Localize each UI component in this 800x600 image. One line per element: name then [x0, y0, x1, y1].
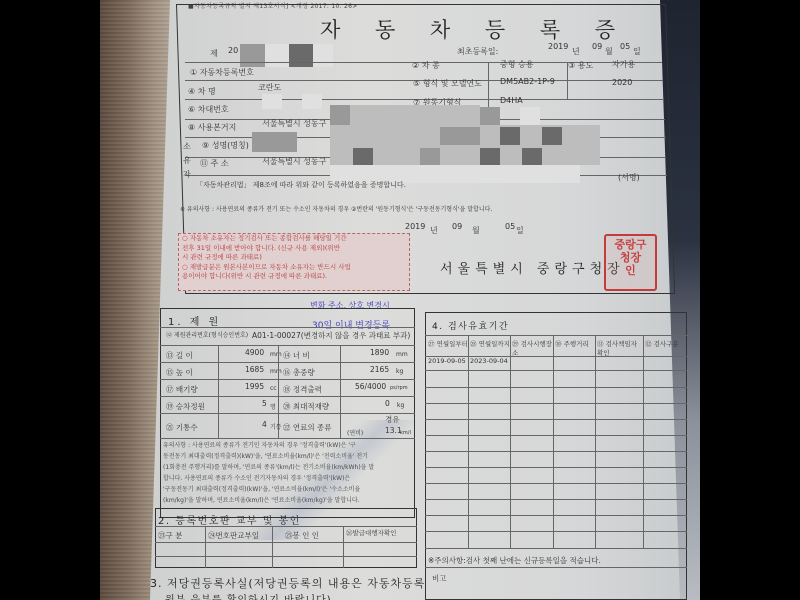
divider: [595, 335, 596, 548]
divider: [160, 362, 415, 363]
reg-number-label: 제: [210, 48, 218, 59]
inspection-col-place: ㉙ 검사시행장소: [512, 339, 552, 357]
red-notice-line: ○ 자동차 소유자는 정기검사 또는 종합검사를 해당일 기간: [179, 234, 409, 244]
rated-power-unit: ps/rpm: [390, 385, 408, 391]
inspection-from-date: 2019-09-05: [428, 357, 466, 365]
base-location-value: 서울특별시 성동구: [262, 118, 326, 129]
displacement-label: ⑰ 배기량: [166, 384, 198, 395]
engine-value: D4HA: [500, 96, 523, 105]
usage-value: 자가용: [612, 59, 635, 70]
red-notice-line: ○ 재발급분은 원본사본이므로 자동차 소유자는 반드시 사업: [179, 263, 409, 273]
red-notice-box: ○ 자동차 소유자는 정기검사 또는 종합검사를 해당일 기간 전후 31일 이…: [178, 233, 410, 291]
divider: [425, 435, 687, 436]
vehicle-type-value: 중형 승용: [500, 59, 533, 70]
height-value: 1685: [245, 365, 264, 374]
redacted-block: [500, 127, 520, 147]
divider: [425, 531, 687, 532]
height-unit: mm: [270, 368, 282, 375]
gross-weight-value: 2165: [370, 365, 389, 374]
redacted-block: [265, 44, 289, 67]
divider: [160, 396, 415, 397]
redacted-block: [313, 44, 333, 67]
first-reg-month: 09: [592, 42, 602, 51]
issuer-signature: 서울특별시 중랑구청장: [440, 258, 625, 277]
length-value: 4900: [245, 348, 264, 357]
right-letterbox: [700, 0, 800, 600]
section3-subtitle: 원부 을부를 확인하시기 바랍니다): [165, 591, 332, 600]
length-unit: mm: [270, 351, 282, 358]
redacted-block: [252, 132, 297, 152]
day-unit: 일: [633, 46, 641, 57]
divider: [155, 556, 417, 557]
owner-name-label: ⑨ 성명(명칭): [202, 140, 249, 151]
max-load-unit: kg: [397, 402, 404, 409]
red-notice-line: 전후 31일 이내에 받아야 합니다. (신규 사용 제외)(위반: [179, 244, 409, 254]
divider: [205, 526, 206, 568]
divider: [468, 335, 469, 548]
divider: [160, 345, 415, 346]
seating-label: ⑲ 승차정원: [166, 401, 205, 412]
inspection-col-to: ㉘ 연월일까지: [470, 339, 510, 348]
divider: [510, 335, 511, 548]
redacted-block: [520, 107, 540, 127]
spec-no-label: ⑫ 제원관리번호(형식승인번호): [166, 330, 248, 339]
base-location-label: ⑧ 사용본거지: [188, 122, 236, 133]
width-unit: mm: [396, 351, 408, 358]
inspection-col-type: ㉜ 검사구분: [645, 339, 685, 348]
section1-title: 1. 제 원: [168, 313, 221, 328]
divider: [425, 370, 687, 371]
width-value: 1890: [370, 348, 389, 357]
redacted-block: [302, 94, 322, 109]
first-reg-year: 2019: [548, 42, 568, 51]
red-notice-line: 용이어야 합니다(위반 시 관련 규정에 따른 과태료).: [179, 272, 409, 282]
seal-text: 중랑구: [606, 238, 655, 251]
divider: [160, 413, 415, 414]
divider: [155, 542, 417, 543]
usage-label: ③ 용도: [568, 60, 593, 71]
day-unit: 일: [516, 225, 524, 236]
document-title: 자 동 차 등 록 증: [320, 14, 629, 44]
first-reg-label: 최초등록일:: [457, 46, 498, 57]
inspection-col-inspector: ㉛ 검사책임자확인: [597, 339, 642, 357]
model-year-value: 2020: [612, 78, 632, 87]
diagonal-shadow: [240, 420, 420, 540]
vin-label: ⑥ 차대번호: [188, 104, 229, 115]
divider: [425, 467, 687, 468]
owner-label: 소유자: [183, 140, 193, 182]
gross-weight-unit: kg: [396, 368, 403, 375]
divider: [425, 515, 687, 516]
max-load-value: 0: [385, 399, 390, 408]
model-label: ④ 차 명: [188, 86, 216, 97]
redacted-block: [330, 105, 350, 125]
section3-title: 3. 저당권등록사실(저당권등록의 내용은 자동차등록: [150, 575, 425, 591]
displacement-value: 1995: [245, 382, 264, 391]
redacted-block: [289, 44, 313, 67]
divider: [425, 483, 687, 484]
gross-weight-label: ⑯ 총중량: [283, 367, 315, 378]
divider: [553, 335, 554, 548]
remarks-label: 비고: [432, 573, 447, 584]
redacted-block: [440, 127, 480, 147]
vehicle-type-label: ② 차 종: [412, 60, 440, 71]
left-letterbox: [0, 0, 100, 600]
divider: [160, 327, 415, 328]
legal-text: 「자동차관리법」 제8조에 따라 위와 같이 등록하였음을 증명합니다.: [196, 180, 406, 190]
seating-unit: 명: [270, 402, 276, 411]
section4-title: 4. 검사유효기간: [432, 319, 509, 332]
divider: [425, 548, 687, 549]
model-value: 코란도: [258, 82, 281, 93]
month-unit: 월: [472, 225, 480, 236]
first-reg-day: 05: [620, 42, 630, 51]
inspection-col-from: ㉗ 연월일부터: [428, 339, 468, 348]
rated-power-value: 56/4000: [355, 382, 386, 391]
model-year-code: DM5AB2-1P-9: [500, 77, 555, 86]
redacted-block: [480, 107, 500, 127]
plate-col-category: ㉓구 분: [158, 530, 182, 541]
seal-text: 청장: [606, 251, 655, 264]
red-notice-line: 시 관련 규정에 따른 과태료): [179, 253, 409, 263]
divider: [425, 387, 687, 388]
width-label: ⑭ 너 비: [283, 350, 310, 361]
height-label: ⑮ 높 이: [166, 367, 193, 378]
issue-year: 2019: [405, 222, 425, 231]
divider: [160, 379, 415, 380]
length-label: ⑬ 길 이: [166, 350, 193, 361]
vehicle-no-label: ① 자동차등록번호: [190, 67, 254, 78]
displacement-unit: cc: [270, 385, 277, 392]
divider: [425, 567, 687, 568]
official-seal-icon: 중랑구 청장 인: [604, 234, 657, 291]
divider: [425, 335, 687, 336]
divider: [425, 403, 687, 404]
divider: [218, 345, 219, 438]
spec-no-value: A01-1-00027(변경하지 않을 경우 과태료 부과): [252, 330, 410, 341]
model-year-label: ⑤ 형식 및 모델연도: [413, 78, 482, 89]
divider: [643, 335, 644, 548]
owner-address-label: ⑪ 주 소: [200, 158, 229, 169]
redacted-block: [240, 44, 265, 67]
cylinders-label: ㉑ 기통수: [166, 422, 198, 433]
inspection-caution: ※주의사항:검사 첫째 난에는 신규등록일을 적습니다.: [428, 555, 601, 566]
divider: [425, 451, 687, 452]
divider: [425, 419, 687, 420]
seating-value: 5: [262, 399, 267, 408]
max-load-label: ⑳ 최대적재량: [283, 401, 329, 412]
month-unit: 월: [605, 46, 613, 57]
signature-hint: (서명): [618, 172, 640, 183]
reg-number-value: 20: [228, 46, 238, 55]
rated-power-label: ⑱ 정격출력: [283, 384, 322, 395]
issue-day: 05: [505, 222, 515, 231]
year-unit: 년: [430, 225, 438, 236]
inspection-col-mileage: ㉚ 주행거리: [555, 339, 595, 348]
owner-address-value: 서울특별시 성동구: [262, 156, 326, 167]
redacted-block: [350, 105, 480, 125]
seal-text: 인: [606, 264, 655, 277]
divider: [425, 499, 687, 500]
redacted-block: [262, 94, 282, 109]
redacted-block: [542, 127, 562, 147]
year-unit: 년: [572, 46, 580, 57]
caution-text: ※ 유의사항 : 사용연료의 종류가 전기 또는 수소인 자동차의 경우 ②번란…: [180, 204, 492, 213]
inspection-to-date: 2023-09-04: [470, 357, 508, 365]
issue-month: 09: [452, 222, 462, 231]
